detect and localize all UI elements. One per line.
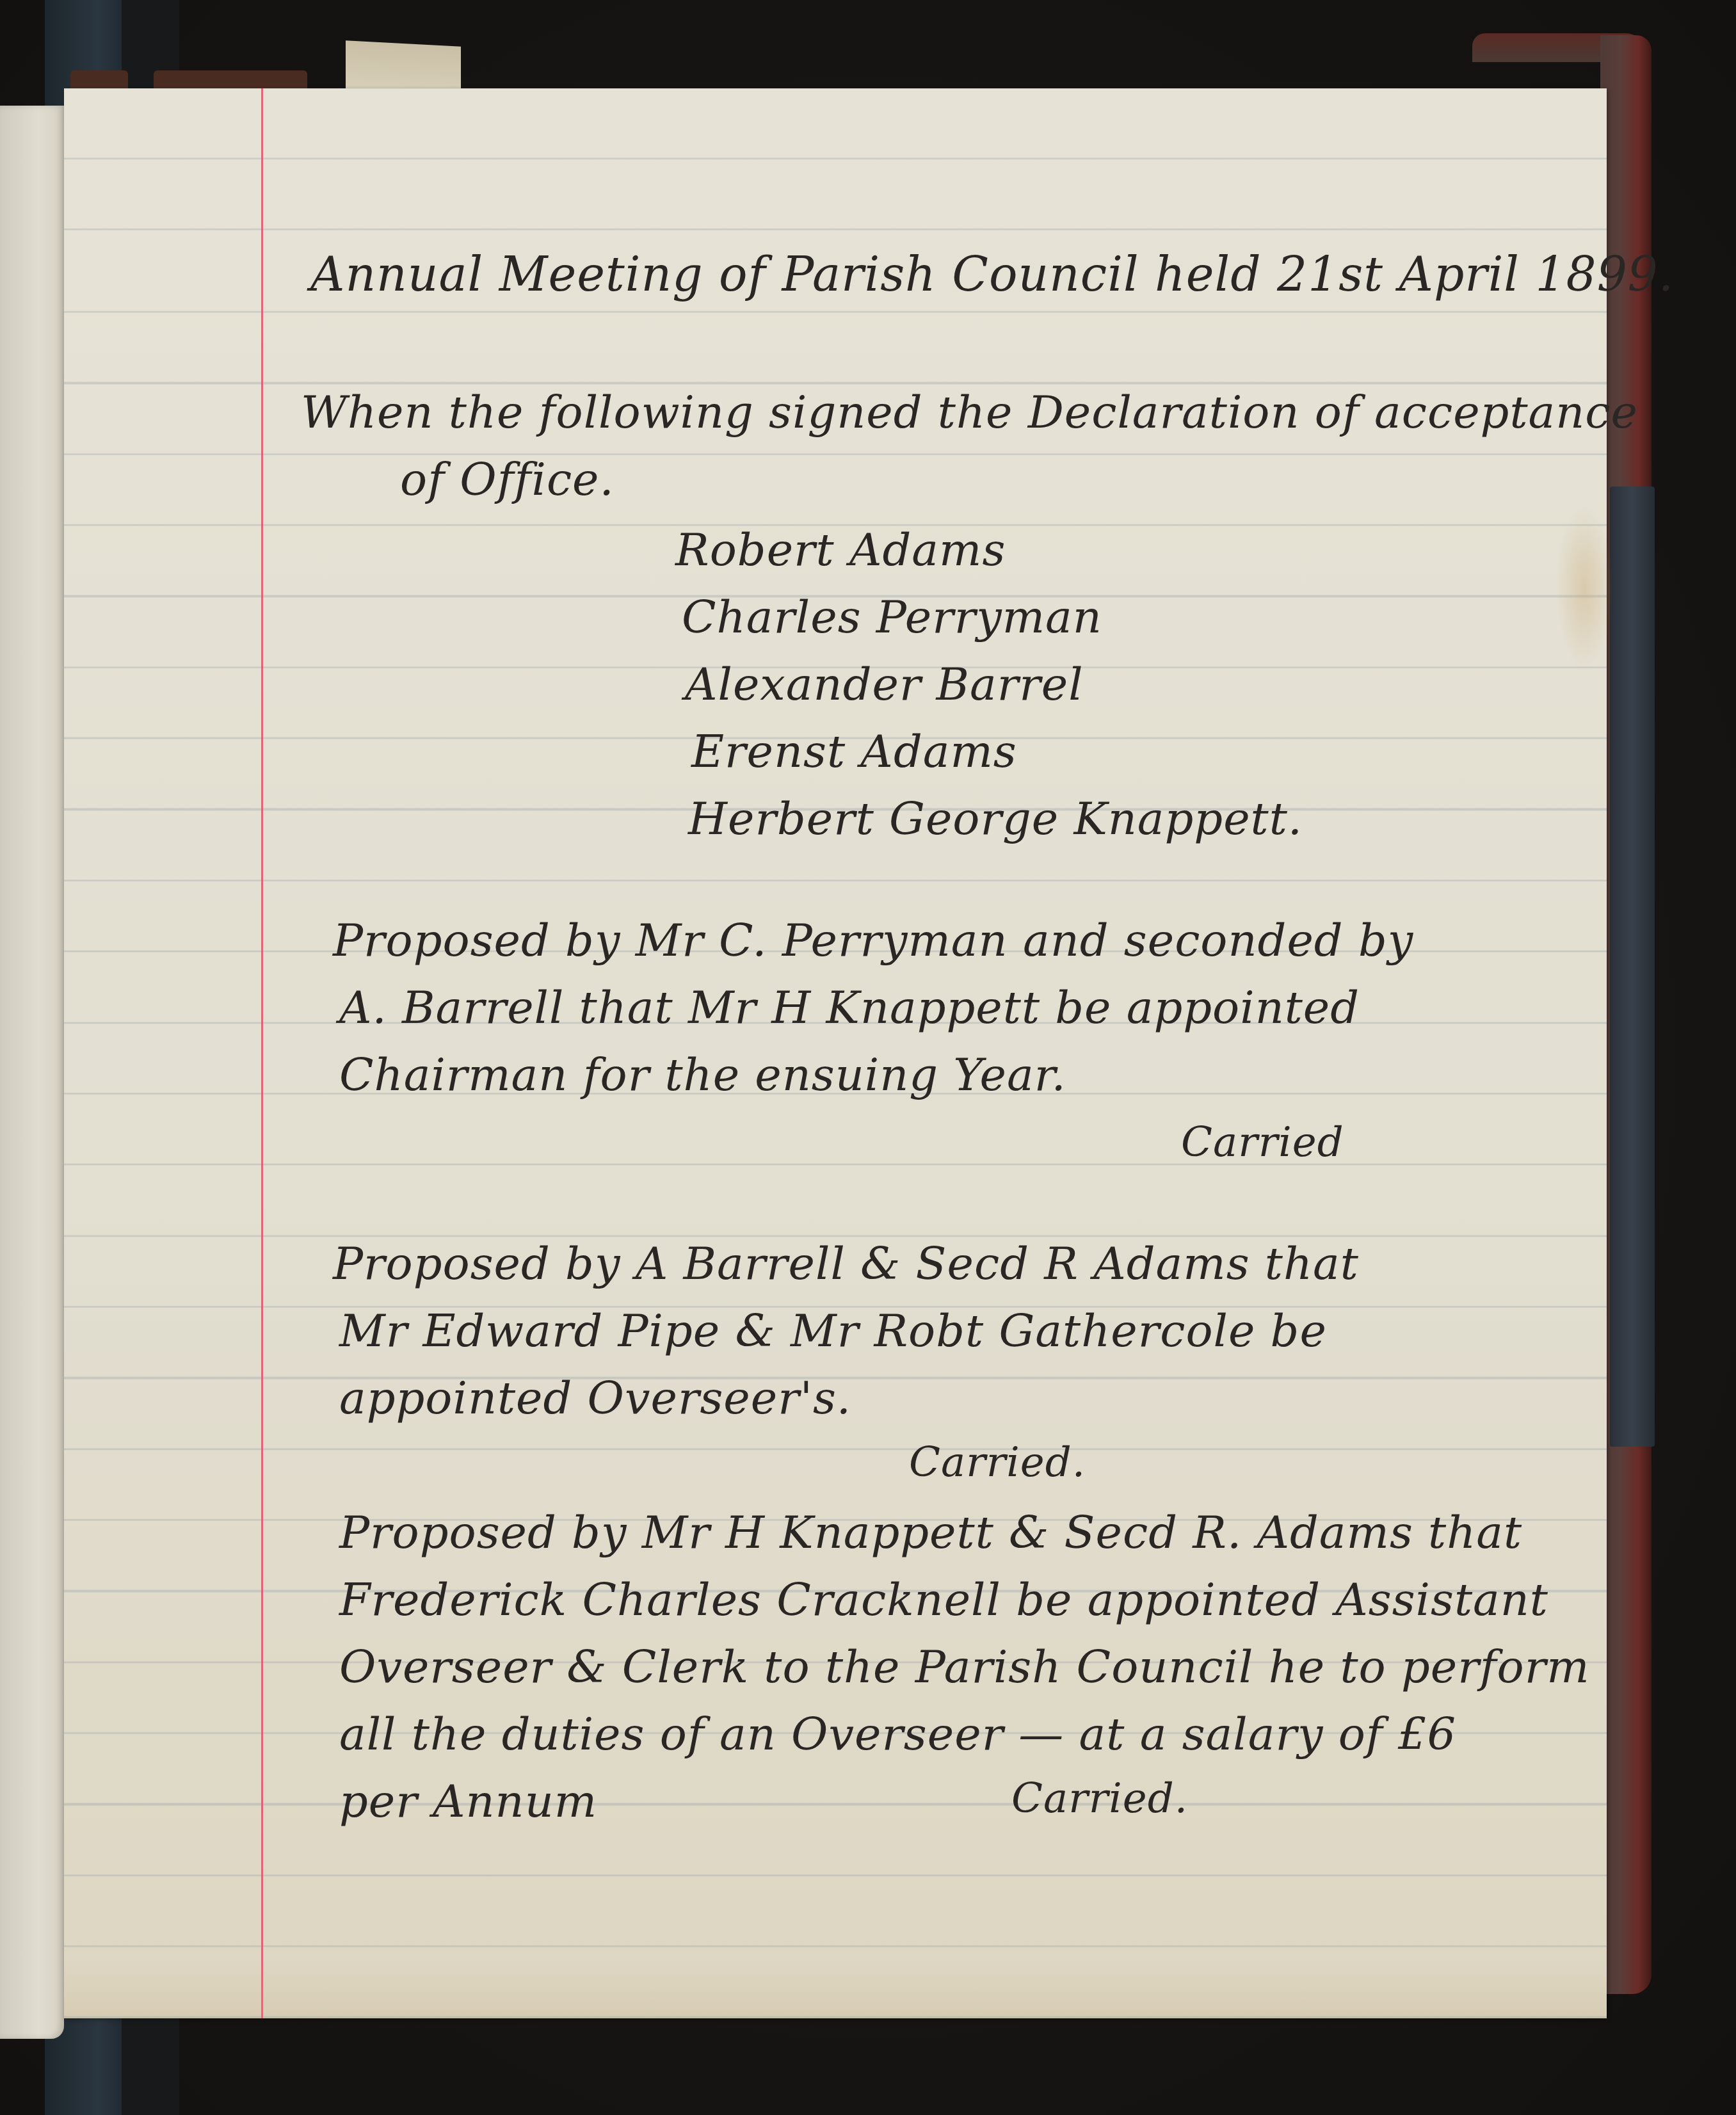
resolution-3-line: Proposed by Mr H Knappett & Secd R. Adam… bbox=[339, 1506, 1522, 1559]
resolution-3-outcome: Carried. bbox=[1011, 1775, 1188, 1822]
signatory-name: Robert Adams bbox=[675, 524, 1006, 576]
resolution-1-line: Proposed by Mr C. Perryman and seconded … bbox=[333, 914, 1413, 967]
torn-cover-edge bbox=[154, 70, 307, 90]
resolution-3-line: per Annum bbox=[339, 1775, 597, 1828]
page-title: Annual Meeting of Parish Council held 21… bbox=[310, 247, 1674, 302]
left-page-edge bbox=[0, 106, 64, 2039]
torn-cover-edge bbox=[70, 70, 128, 90]
resolution-1-line: Chairman for the ensuing Year. bbox=[339, 1049, 1066, 1101]
declaration-line: When the following signed the Declaratio… bbox=[301, 386, 1638, 438]
resolution-2-line: Mr Edward Pipe & Mr Robt Gathercole be bbox=[339, 1305, 1327, 1357]
resolution-3-line: all the duties of an Overseer — at a sal… bbox=[339, 1708, 1456, 1760]
resolution-2-line: Proposed by A Barrell & Secd R Adams tha… bbox=[333, 1237, 1359, 1290]
signatory-name: Charles Perryman bbox=[682, 591, 1102, 643]
signatory-name: Herbert George Knappett. bbox=[688, 792, 1303, 845]
margin-rule bbox=[261, 88, 263, 2018]
resolution-2-outcome: Carried. bbox=[909, 1439, 1086, 1486]
resolution-1-outcome: Carried bbox=[1181, 1119, 1344, 1166]
foxing-stain bbox=[1555, 504, 1613, 671]
resolution-3-line: Frederick Charles Cracknell be appointed… bbox=[339, 1573, 1548, 1626]
declaration-line: of Office. bbox=[400, 453, 615, 506]
resolution-3-line: Overseer & Clerk to the Parish Council h… bbox=[339, 1641, 1590, 1693]
book-cloth-binding bbox=[1610, 487, 1655, 1447]
signatory-name: Alexander Barrel bbox=[685, 658, 1084, 711]
resolution-2-line: appointed Overseer's. bbox=[339, 1372, 851, 1424]
signatory-name: Erenst Adams bbox=[691, 725, 1017, 778]
ledger-page: Annual Meeting of Parish Council held 21… bbox=[64, 88, 1607, 2018]
resolution-1-line: A. Barrell that Mr H Knappett be appoint… bbox=[339, 981, 1360, 1034]
